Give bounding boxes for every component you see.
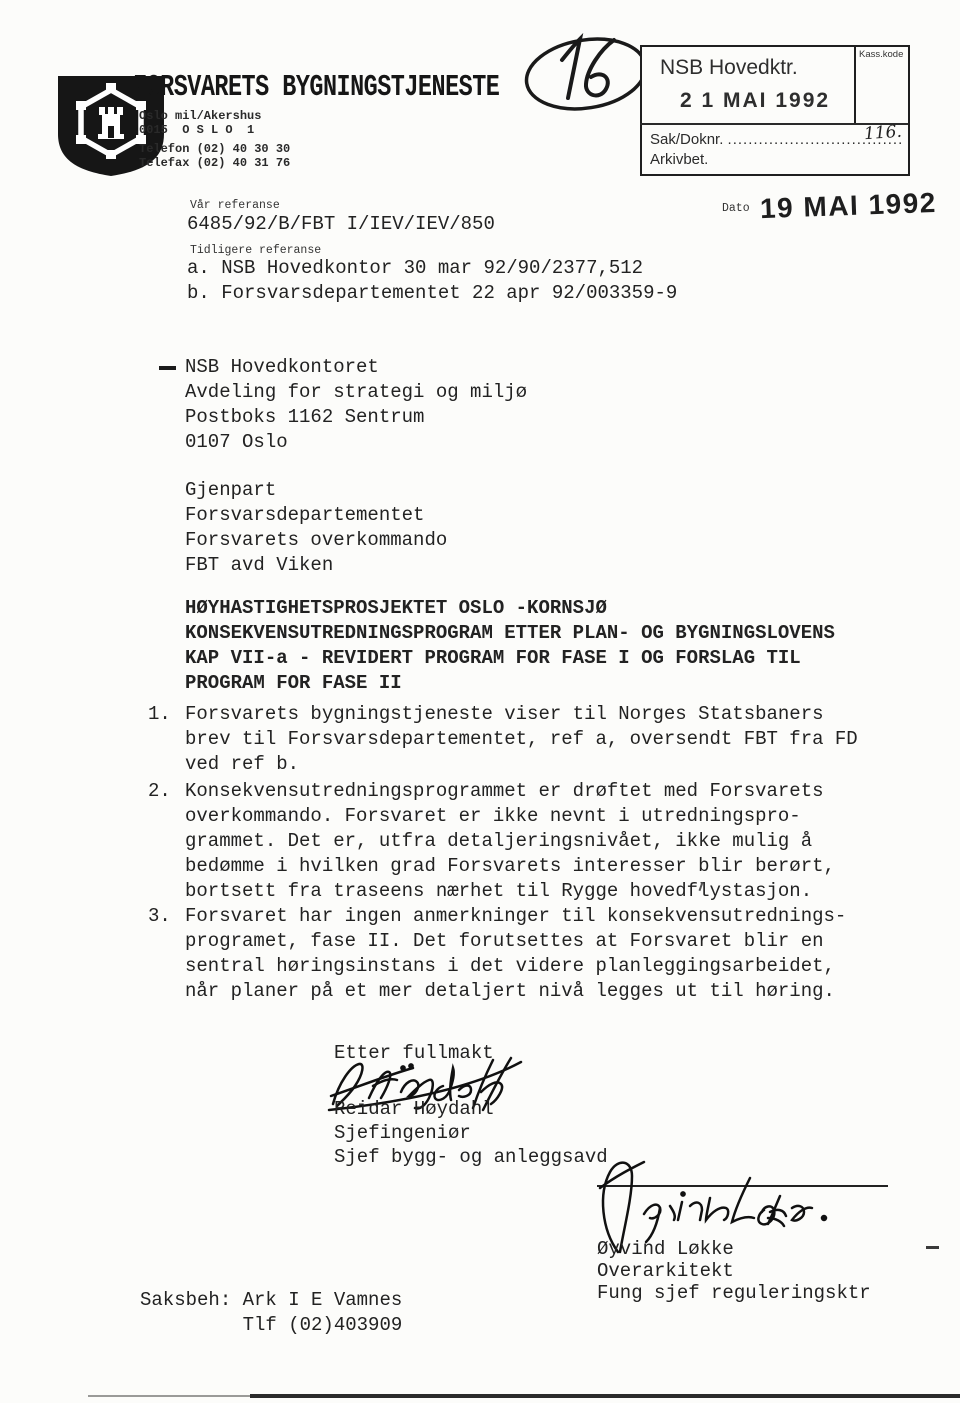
our-reference-value: 6485/92/B/FBT I/IEV/IEV/850 bbox=[187, 212, 495, 237]
paragraph-1-text: Forsvarets bygningstjeneste viser til No… bbox=[185, 702, 858, 777]
castle-door bbox=[108, 126, 114, 138]
org-address-line1: Oslo mil/Akershus bbox=[139, 109, 261, 123]
paragraph-1-number: 1. bbox=[148, 702, 171, 727]
recipient-marker-dash bbox=[159, 366, 176, 370]
sak-doknr-handwritten-value: 116. bbox=[863, 122, 902, 145]
copy-recipients: Gjenpart Forsvarsdepartementet Forsvaret… bbox=[185, 478, 447, 578]
signature1-title2: Sjef bygg- og anleggsavd bbox=[334, 1145, 608, 1170]
stamp-date: 2 1 MAI 1992 bbox=[680, 89, 830, 113]
circled-number-value: 16 bbox=[516, 28, 518, 29]
date-label: Dato bbox=[722, 202, 750, 215]
subject-heading: HØYHASTIGHETSPROSJEKTET OSLO -KORNSJØ KO… bbox=[185, 596, 835, 696]
scan-edge-line-left bbox=[88, 1395, 253, 1397]
letter-document: FORSVARETS BYGNINGSTJENESTE Oslo mil/Ake… bbox=[0, 0, 960, 1403]
kass-kode-cell: Kass.kode bbox=[854, 47, 908, 123]
org-fax: Telefax (02) 40 31 76 bbox=[139, 156, 290, 170]
org-address-line2: 0015 O S L O 1 bbox=[139, 123, 254, 137]
org-phone: Telefon (02) 40 30 30 bbox=[139, 142, 290, 156]
date-stamp: 19 MAI 1992 bbox=[759, 187, 937, 225]
signature1-title1: Sjefingeniør bbox=[334, 1121, 471, 1146]
recipient-address: NSB Hovedkontoret Avdeling for strategi … bbox=[185, 355, 527, 455]
kass-kode-label: Kass.kode bbox=[859, 49, 903, 60]
handwritten-circled-number: 16 bbox=[516, 28, 656, 120]
stray-dash-mark bbox=[926, 1246, 939, 1249]
arkivbet-label: Arkivbet. bbox=[650, 151, 708, 168]
received-stamp-box: NSB Hovedktr. 2 1 MAI 1992 Kass.kode Sak… bbox=[640, 45, 910, 176]
signature1-name: Reidar Høydahl bbox=[334, 1097, 494, 1122]
signature2-title2: Fung sjef reguleringsktr bbox=[597, 1281, 871, 1306]
org-name: FORSVARETS BYGNINGSTJENESTE bbox=[133, 70, 499, 104]
previous-reference-values: a. NSB Hovedkontor 30 mar 92/90/2377,512… bbox=[187, 256, 677, 306]
paragraph-3-text: Forsvaret har ingen anmerkninger til kon… bbox=[185, 904, 846, 1004]
our-reference-label: Vår referanse bbox=[190, 199, 280, 212]
case-handler-info: Saksbeh: Ark I E Vamnes Tlf (02)403909 bbox=[140, 1288, 402, 1338]
paragraph-2-text: Konsekvensutredningsprogrammet er drøfte… bbox=[185, 779, 835, 904]
sak-doknr-label: Sak/Doknr. bbox=[650, 131, 723, 148]
paragraph-3-number: 3. bbox=[148, 904, 171, 929]
paragraph-2-number: 2. bbox=[148, 779, 171, 804]
stamp-org: NSB Hovedktr. bbox=[660, 56, 798, 80]
scan-edge-line bbox=[250, 1394, 960, 1398]
